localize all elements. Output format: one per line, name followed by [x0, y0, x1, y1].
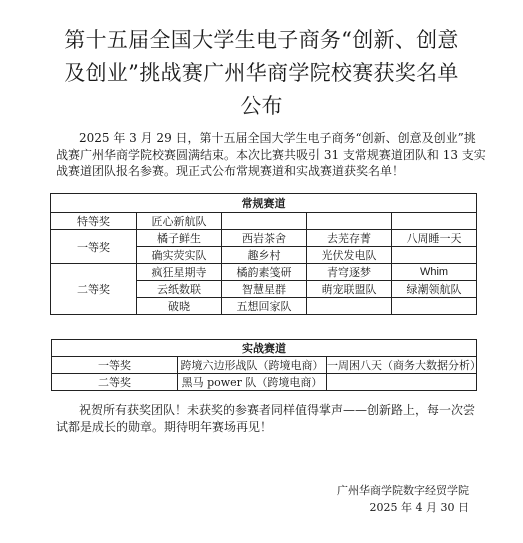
award-level-second: 二等奖	[51, 264, 137, 315]
closing-line-1: 祝贺所有获奖团队！未获奖的参赛者同样值得掌声——创新路上，每一次尝	[56, 402, 476, 419]
intro-line-3: 战赛道团队报名参赛。现正式公布常规赛道和实战赛道获奖名单！	[56, 163, 476, 180]
practical-track-header: 实战赛道	[52, 340, 477, 357]
intro-line-2: 战赛广州华商学院校赛圆满结束。本次比赛共吸引 31 支常规赛道团队和 13 支实	[56, 147, 476, 164]
table-row: 二等奖 黑马 power 队（跨境电商）	[52, 374, 477, 391]
table-row: 特等奖 匠心新航队	[51, 213, 477, 230]
signature-date: 2025 年 4 月 30 日	[337, 499, 469, 516]
title-line-2: 及创业”挑战赛广州华商学院校赛获奖名单	[40, 57, 483, 90]
signature-organization: 广州华商学院数字经贸学院	[337, 482, 469, 499]
team-cell: 西岩茶舍	[222, 230, 307, 247]
team-cell: Whim	[392, 264, 477, 281]
team-cell: 光伏发电队	[307, 247, 392, 264]
team-cell: 破晓	[137, 298, 222, 315]
signature-block: 广州华商学院数字经贸学院 2025 年 4 月 30 日	[337, 482, 469, 516]
title-line-1: 第十五届全国大学生电子商务“创新、创意	[40, 24, 483, 57]
table-row: 二等奖 疯狂星期寺 橘韵素笺研 青穹逐梦 Whim	[51, 264, 477, 281]
intro-paragraph: 2025 年 3 月 29 日，第十五届全国大学生电子商务“创新、创意及创业”挑…	[56, 130, 476, 180]
title-line-3: 公布	[40, 90, 483, 123]
team-cell	[392, 298, 477, 315]
team-cell: 匠心新航队	[137, 213, 222, 230]
regular-track-header-row: 常规赛道	[51, 194, 477, 213]
team-cell	[392, 247, 477, 264]
team-cell: 五想回家队	[222, 298, 307, 315]
regular-track-table: 常规赛道 特等奖 匠心新航队 一等奖 橘子鲜生 西岩茶舍 去芜存菁 八周睡一天 …	[50, 193, 477, 315]
table-row: 一等奖 橘子鲜生 西岩茶舍 去芜存菁 八周睡一天	[51, 230, 477, 247]
team-cell: 一周困八天（商务大数据分析）	[327, 357, 477, 374]
award-level-first: 一等奖	[52, 357, 178, 374]
team-cell: 智慧星群	[222, 281, 307, 298]
team-cell: 跨境六边形战队（跨境电商）	[178, 357, 327, 374]
team-cell: 橘韵素笺研	[222, 264, 307, 281]
team-cell: 疯狂星期寺	[137, 264, 222, 281]
team-cell	[327, 374, 477, 391]
team-cell: 橘子鲜生	[137, 230, 222, 247]
team-cell	[307, 298, 392, 315]
intro-line-1: 2025 年 3 月 29 日，第十五届全国大学生电子商务“创新、创意及创业”挑	[56, 130, 476, 147]
team-cell	[222, 213, 307, 230]
team-cell: 云纸数联	[137, 281, 222, 298]
page-title: 第十五届全国大学生电子商务“创新、创意 及创业”挑战赛广州华商学院校赛获奖名单 …	[40, 24, 483, 123]
team-cell: 绿潮领航队	[392, 281, 477, 298]
closing-line-2: 试都是成长的勋章。期待明年赛场再见！	[56, 419, 476, 436]
team-cell: 八周睡一天	[392, 230, 477, 247]
team-cell: 黑马 power 队（跨境电商）	[178, 374, 327, 391]
team-cell: 青穹逐梦	[307, 264, 392, 281]
award-level-first: 一等奖	[51, 230, 137, 264]
award-level-second: 二等奖	[52, 374, 178, 391]
regular-track-header: 常规赛道	[51, 194, 477, 213]
practical-track-table: 实战赛道 一等奖 跨境六边形战队（跨境电商） 一周困八天（商务大数据分析） 二等…	[51, 339, 477, 391]
team-cell: 去芜存菁	[307, 230, 392, 247]
award-level-special: 特等奖	[51, 213, 137, 230]
team-cell	[392, 213, 477, 230]
team-cell: 萌宠联盟队	[307, 281, 392, 298]
practical-track-header-row: 实战赛道	[52, 340, 477, 357]
team-cell	[307, 213, 392, 230]
team-cell: 确实荧实队	[137, 247, 222, 264]
closing-paragraph: 祝贺所有获奖团队！未获奖的参赛者同样值得掌声——创新路上，每一次尝 试都是成长的…	[56, 402, 476, 435]
table-row: 一等奖 跨境六边形战队（跨境电商） 一周困八天（商务大数据分析）	[52, 357, 477, 374]
team-cell: 趣乡村	[222, 247, 307, 264]
